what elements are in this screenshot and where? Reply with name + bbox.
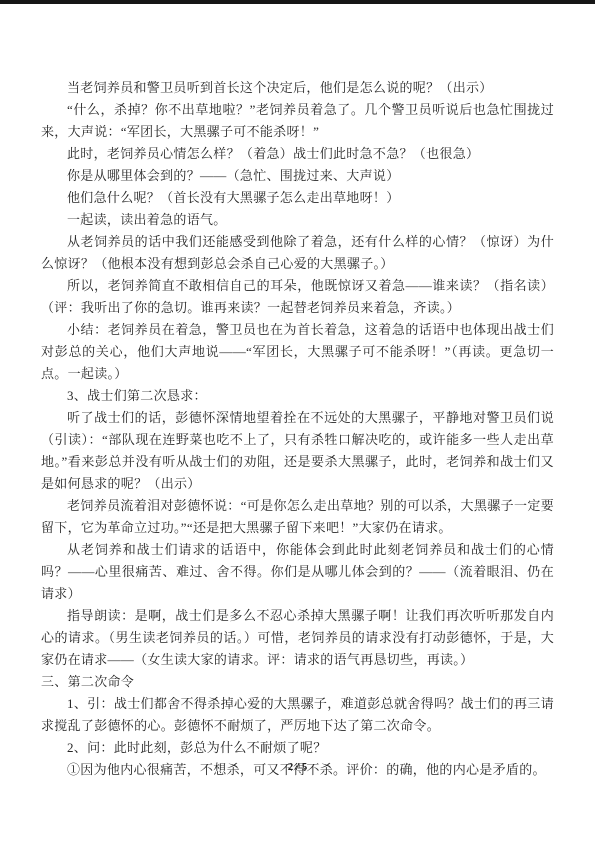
paragraph: 从老饲养员的话中我们还能感受到他除了着急，还有什么样的心情？（惊讶）为什么惊讶？…	[41, 231, 554, 275]
paragraph: 3、战士们第二次恳求：	[41, 385, 554, 407]
paragraph: 老饲养员流着泪对彭德怀说：“可是你怎么走出草地？别的可以杀，大黑骡子一定要留下，…	[41, 495, 554, 539]
paragraph: 当老饲养员和警卫员听到首长这个决定后，他们是怎么说的呢？（出示）	[41, 77, 554, 99]
paragraph: 小结：老饲养员在着急，警卫员也在为首长着急，这着急的话语中也体现出战士们对彭总的…	[41, 319, 554, 385]
paragraph: 他们急什么呢？（首长没有大黑骡子怎么走出草地呀！）	[41, 187, 554, 209]
paragraph: 1、引：战士们都舍不得杀掉心爱的大黑骡子，难道彭总就舍得吗？战士们的再三请求搅乱…	[41, 693, 554, 737]
window-top-edge	[0, 0, 595, 4]
page-number: 2 / 5	[0, 759, 595, 775]
paragraph: 一起读，读出着急的语气。	[41, 209, 554, 231]
paragraph: 2、问：此时此刻，彭总为什么不耐烦了呢？	[41, 737, 554, 759]
paragraph: 此时，老饲养员心情怎么样？（着急）战士们此时急不急？（也很急）	[41, 143, 554, 165]
paragraph: 所以，老饲养简直不敢相信自己的耳朵，他既惊讶又着急——谁来读？（指名读）（评：我…	[41, 275, 554, 319]
paragraph: “什么，杀掉？你不出草地啦？”老饲养员着急了。几个警卫员听说后也急忙围拢过来，大…	[41, 99, 554, 143]
document-body: 当老饲养员和警卫员听到首长这个决定后，他们是怎么说的呢？（出示）“什么，杀掉？你…	[41, 77, 554, 781]
document-page: 当老饲养员和警卫员听到首长这个决定后，他们是怎么说的呢？（出示）“什么，杀掉？你…	[0, 0, 595, 841]
paragraph: 从老饲养和战士们请求的话语中，你能体会到此时此刻老饲养员和战士们的心情吗？——心…	[41, 539, 554, 605]
paragraph: 你是从哪里体会到的？——（急忙、围拢过来、大声说）	[41, 165, 554, 187]
section-heading: 三、第二次命令	[41, 671, 554, 693]
paragraph: 指导朗读：是啊，战士们是多么不忍心杀掉大黑骡子啊！让我们再次听听那发自内心的请求…	[41, 605, 554, 671]
paragraph: 听了战士们的话，彭德怀深情地望着拴在不远处的大黑骡子，平静地对警卫员们说（引读）…	[41, 407, 554, 495]
